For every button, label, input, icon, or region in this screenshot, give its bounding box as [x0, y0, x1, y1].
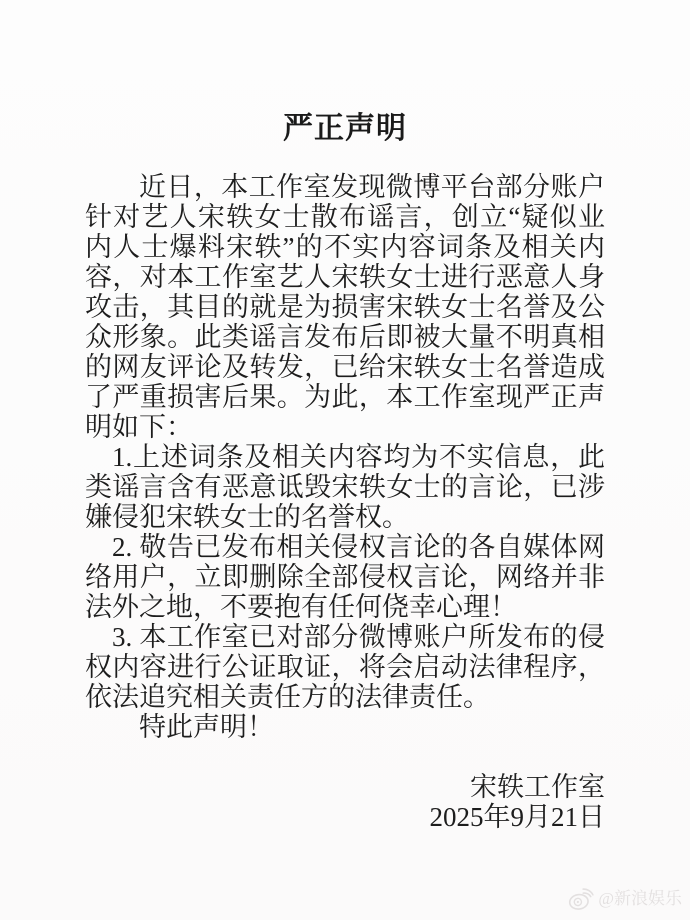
document-body: 近日，本工作室发现微博平台部分账户针对艺人宋轶女士散布谣言，创立“疑似业内人士爆… — [85, 172, 605, 832]
statement-item-3: 3. 本工作室已对部分微博账户所发布的侵权内容进行公证取证，将会启动法律程序，依… — [85, 622, 605, 712]
statement-document: 严正声明 近日，本工作室发现微博平台部分账户针对艺人宋轶女士散布谣言，创立“疑似… — [0, 0, 690, 920]
weibo-icon — [568, 888, 594, 910]
statement-item-2: 2. 敬告已发布相关侵权言论的各自媒体网络用户，立即删除全部侵权言论，网络并非法… — [85, 532, 605, 622]
signature-block: 宋轶工作室 2025年9月21日 — [85, 772, 605, 832]
intro-paragraph: 近日，本工作室发现微博平台部分账户针对艺人宋轶女士散布谣言，创立“疑似业内人士爆… — [85, 172, 605, 442]
signature-name: 宋轶工作室 — [85, 772, 605, 802]
statement-item-1: 1.上述词条及相关内容均为不实信息，此类谣言含有恶意诋毁宋轶女士的言论，已涉嫌侵… — [85, 442, 605, 532]
document-title: 严正声明 — [0, 0, 690, 148]
signature-date: 2025年9月21日 — [85, 802, 605, 832]
watermark: @新浪娱乐 — [568, 888, 682, 910]
watermark-handle: @新浪娱乐 — [598, 889, 682, 909]
closing-line: 特此声明！ — [85, 712, 605, 742]
